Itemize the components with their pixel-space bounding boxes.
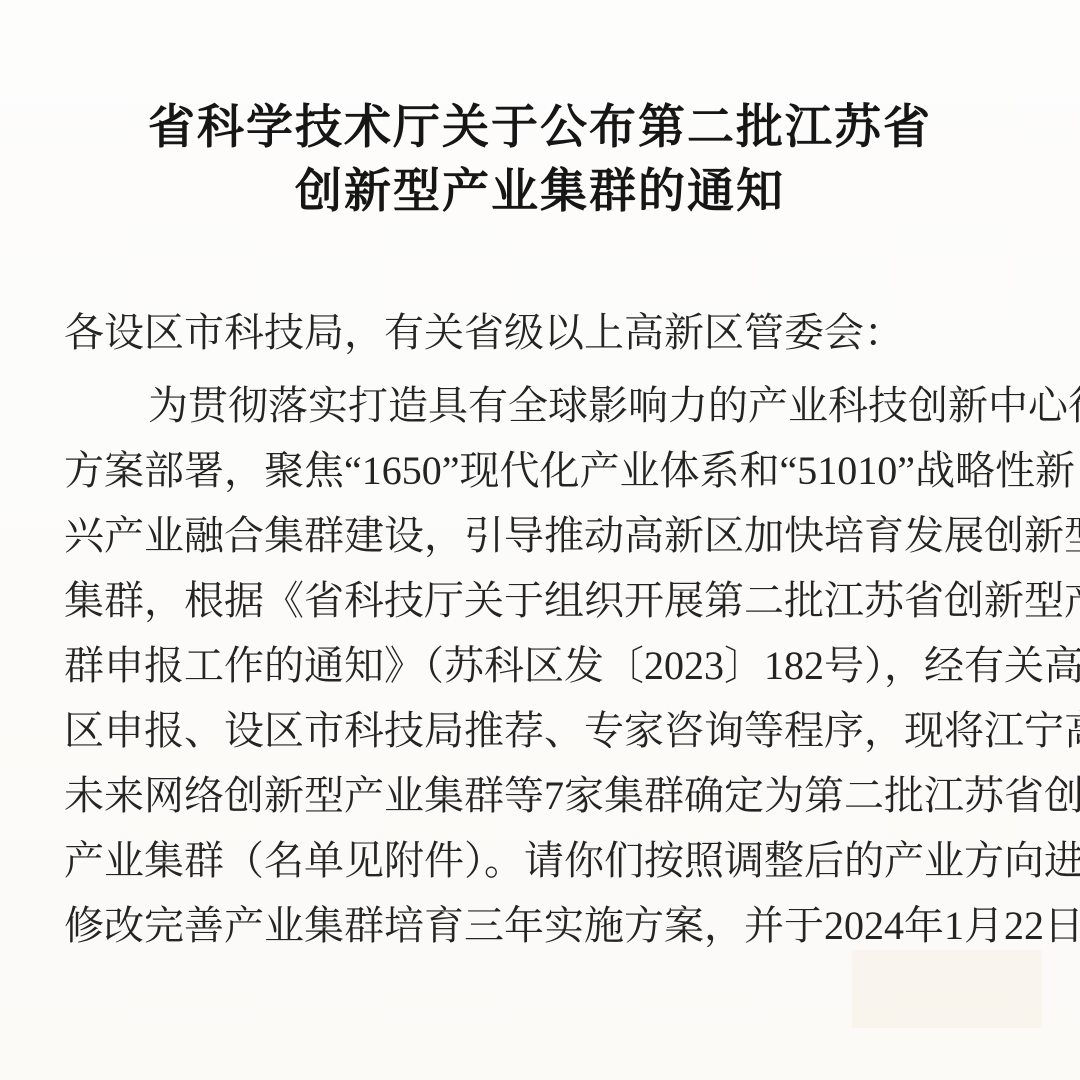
scan-artifact — [852, 950, 1042, 1028]
document-page: 省科学技术厅关于公布第二批江苏省 创新型产业集群的通知 各设区市科技局，有关省级… — [0, 0, 1080, 1080]
body-line: 区申报、设区市科技局推荐、专家咨询等程序，现将江宁高新园 — [64, 698, 1022, 763]
body-line: 群申报工作的通知》（苏科区发〔2023〕182号），经有关高新 — [64, 633, 1022, 698]
title-line-1: 省科学技术厅关于公布第二批江苏省 — [0, 96, 1080, 160]
body-line: 兴产业融合集群建设，引导推动高新区加快培育发展创新型产业 — [64, 503, 1022, 568]
document-title: 省科学技术厅关于公布第二批江苏省 创新型产业集群的通知 — [0, 0, 1080, 224]
document-body: 为贯彻落实打造具有全球影响力的产业科技创新中心行动 方案部署，聚焦“1650”现… — [64, 373, 1022, 958]
body-line: 集群，根据《省科技厅关于组织开展第二批江苏省创新型产业集 — [64, 568, 1022, 633]
body-line: 为贯彻落实打造具有全球影响力的产业科技创新中心行动 — [64, 373, 1022, 438]
body-line: 未来网络创新型产业集群等7家集群确定为第二批江苏省创新型 — [64, 763, 1022, 828]
body-line: 修改完善产业集群培育三年实施方案，并于2024年1月22日前将 — [64, 893, 1022, 958]
body-line: 方案部署，聚焦“1650”现代化产业体系和“51010”战略性新 — [64, 438, 1022, 503]
body-line: 产业集群（名单见附件）。请你们按照调整后的产业方向进一步 — [64, 828, 1022, 893]
document-content: 各设区市科技局，有关省级以上高新区管委会： 为贯彻落实打造具有全球影响力的产业科… — [0, 300, 1080, 958]
title-line-2: 创新型产业集群的通知 — [0, 160, 1080, 224]
salutation-line: 各设区市科技局，有关省级以上高新区管委会： — [64, 300, 1022, 365]
